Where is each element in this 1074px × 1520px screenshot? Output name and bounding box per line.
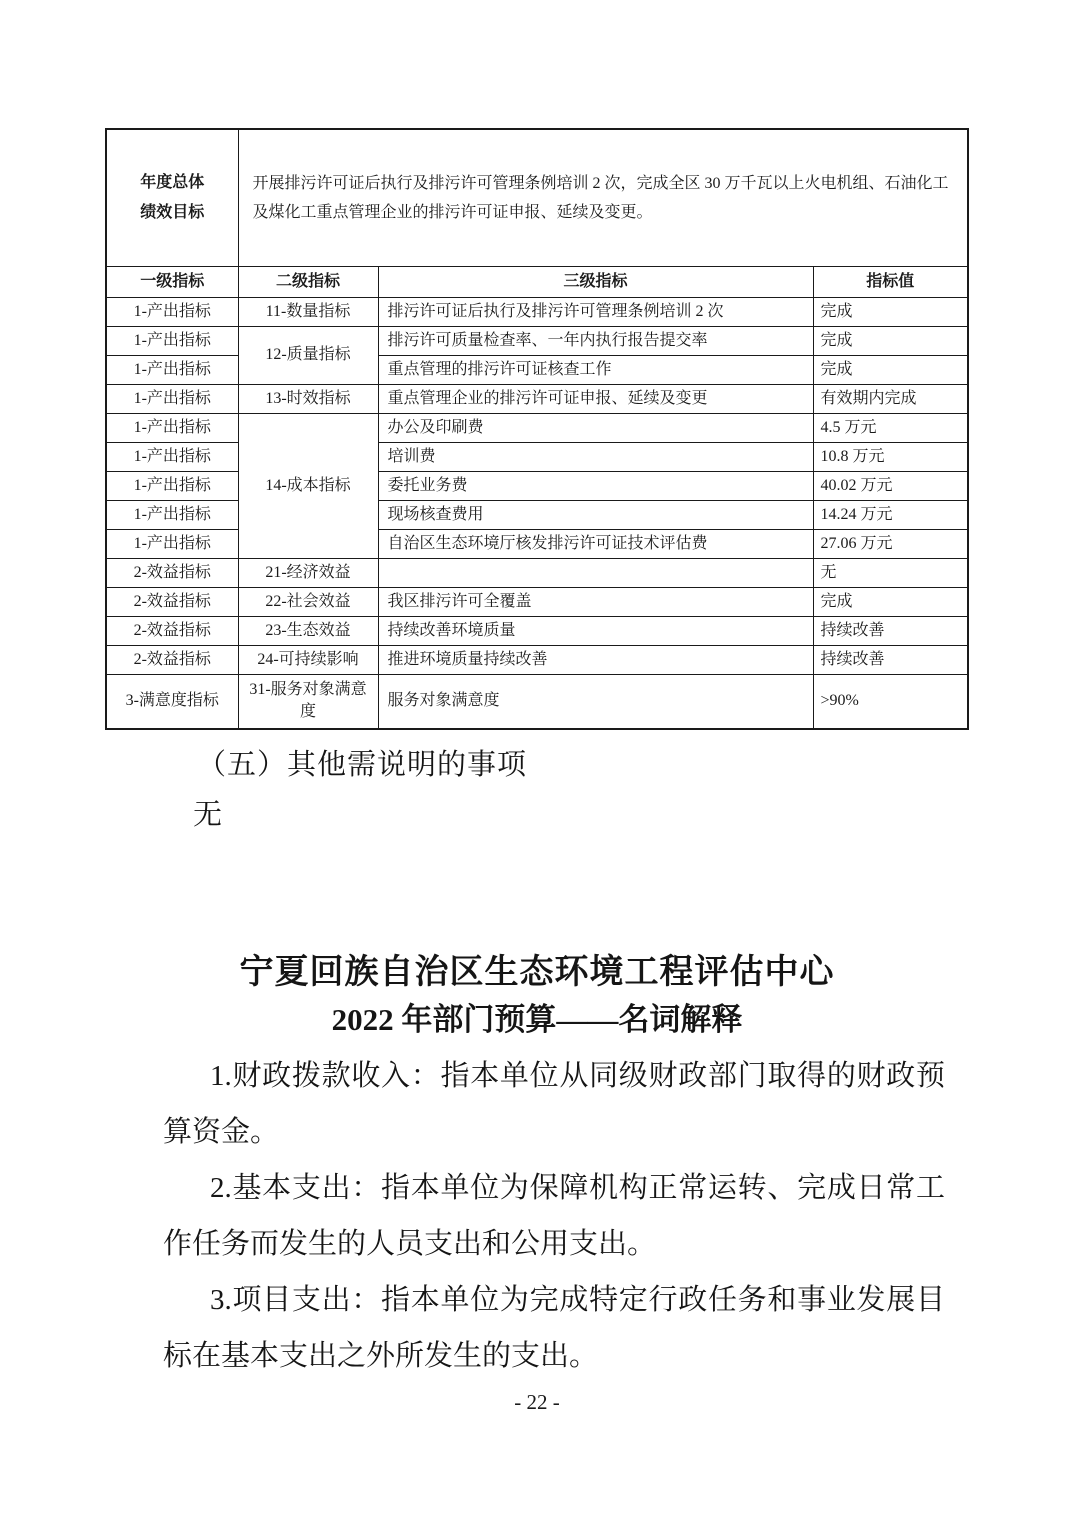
indicator-cell: 排污许可质量检查率、一年内执行报告提交率: [378, 326, 813, 355]
value-cell: 40.02 万元: [813, 471, 968, 500]
value-cell: 完成: [813, 355, 968, 384]
value-cell: 4.5 万元: [813, 413, 968, 442]
table-row: 1-产出指标 13-时效指标 重点管理企业的排污许可证申报、延续及变更 有效期内…: [106, 384, 968, 413]
value-cell: 有效期内完成: [813, 384, 968, 413]
indicator-cell: 现场核查费用: [378, 500, 813, 529]
level1-cell: 1-产出指标: [106, 413, 238, 442]
indicator-cell: 推进环境质量持续改善: [378, 645, 813, 674]
level1-cell: 1-产出指标: [106, 442, 238, 471]
indicator-cell: 持续改善环境质量: [378, 616, 813, 645]
level2-cell: 11-数量指标: [238, 297, 378, 326]
header-level3: 三级指标: [378, 266, 813, 297]
glossary-paragraph-2: 2.基本支出：指本单位为保障机构正常运转、完成日常工作任务而发生的人员支出和公用…: [163, 1160, 945, 1272]
table-row: 2-效益指标 24-可持续影响 推进环境质量持续改善 持续改善: [106, 645, 968, 674]
value-cell: 完成: [813, 297, 968, 326]
level1-cell: 2-效益指标: [106, 587, 238, 616]
table-row: 1-产出指标 自治区生态环境厅核发排污许可证技术评估费 27.06 万元: [106, 529, 968, 558]
indicator-cell: 委托业务费: [378, 471, 813, 500]
level2-cell: 13-时效指标: [238, 384, 378, 413]
indicator-cell: 服务对象满意度: [378, 674, 813, 729]
glossary-body: 1.财政拨款收入：指本单位从同级财政部门取得的财政预算资金。 2.基本支出：指本…: [163, 1048, 945, 1384]
level1-cell: 1-产出指标: [106, 297, 238, 326]
glossary-title-line1: 宁夏回族自治区生态环境工程评估中心: [0, 944, 1074, 993]
level2-cell: 24-可持续影响: [238, 645, 378, 674]
value-cell: 14.24 万元: [813, 500, 968, 529]
indicator-cell: 培训费: [378, 442, 813, 471]
indicator-cell: [378, 558, 813, 587]
table-header-row: 一级指标 二级指标 三级指标 指标值: [106, 266, 968, 297]
value-cell: 无: [813, 558, 968, 587]
glossary-title-line2: 2022 年部门预算——名词解释: [0, 994, 1074, 1039]
value-cell: >90%: [813, 674, 968, 729]
level1-cell: 2-效益指标: [106, 558, 238, 587]
table-row: 2-效益指标 22-社会效益 我区排污许可全覆盖 完成: [106, 587, 968, 616]
table-row: 2-效益指标 23-生态效益 持续改善环境质量 持续改善: [106, 616, 968, 645]
level1-cell: 2-效益指标: [106, 645, 238, 674]
annual-goal-label: 年度总体 绩效目标: [106, 129, 238, 266]
indicator-cell: 我区排污许可全覆盖: [378, 587, 813, 616]
header-level1: 一级指标: [106, 266, 238, 297]
level2-cell: 31-服务对象满意度: [238, 674, 378, 729]
level1-cell: 1-产出指标: [106, 384, 238, 413]
level2-cell: 22-社会效益: [238, 587, 378, 616]
annual-goal-label-line2: 绩效目标: [113, 198, 232, 228]
indicator-cell: 重点管理企业的排污许可证申报、延续及变更: [378, 384, 813, 413]
level2-cell: 21-经济效益: [238, 558, 378, 587]
table-row: 1-产出指标 重点管理的排污许可证核查工作 完成: [106, 355, 968, 384]
value-cell: 10.8 万元: [813, 442, 968, 471]
annual-goal-row: 年度总体 绩效目标 开展排污许可证后执行及排污许可管理条例培训 2 次，完成全区…: [106, 129, 968, 266]
level1-cell: 1-产出指标: [106, 471, 238, 500]
value-cell: 27.06 万元: [813, 529, 968, 558]
level2-cell: 12-质量指标: [238, 326, 378, 384]
annual-goal-description: 开展排污许可证后执行及排污许可管理条例培训 2 次，完成全区 30 万千瓦以上火…: [238, 129, 968, 266]
level2-cell: 14-成本指标: [238, 413, 378, 558]
table-row: 1-产出指标 12-质量指标 排污许可质量检查率、一年内执行报告提交率 完成: [106, 326, 968, 355]
performance-indicator-table: 年度总体 绩效目标 开展排污许可证后执行及排污许可管理条例培训 2 次，完成全区…: [105, 128, 969, 730]
table-row: 1-产出指标 委托业务费 40.02 万元: [106, 471, 968, 500]
level1-cell: 1-产出指标: [106, 529, 238, 558]
other-notes-content: 无: [193, 792, 222, 833]
level1-cell: 1-产出指标: [106, 500, 238, 529]
table-row: 2-效益指标 21-经济效益 无: [106, 558, 968, 587]
annual-goal-label-line1: 年度总体: [113, 168, 232, 198]
indicator-cell: 办公及印刷费: [378, 413, 813, 442]
value-cell: 完成: [813, 326, 968, 355]
value-cell: 持续改善: [813, 645, 968, 674]
indicator-cell: 重点管理的排污许可证核查工作: [378, 355, 813, 384]
value-cell: 持续改善: [813, 616, 968, 645]
document-page: 年度总体 绩效目标 开展排污许可证后执行及排污许可管理条例培训 2 次，完成全区…: [0, 0, 1074, 1520]
indicator-cell: 自治区生态环境厅核发排污许可证技术评估费: [378, 529, 813, 558]
level1-cell: 3-满意度指标: [106, 674, 238, 729]
table-row: 1-产出指标 11-数量指标 排污许可证后执行及排污许可管理条例培训 2 次 完…: [106, 297, 968, 326]
level1-cell: 1-产出指标: [106, 355, 238, 384]
value-cell: 完成: [813, 587, 968, 616]
table-row: 1-产出指标 培训费 10.8 万元: [106, 442, 968, 471]
table-row: 3-满意度指标 31-服务对象满意度 服务对象满意度 >90%: [106, 674, 968, 729]
table-row: 1-产出指标 现场核查费用 14.24 万元: [106, 500, 968, 529]
other-notes-heading: （五）其他需说明的事项: [197, 742, 527, 783]
level2-cell: 23-生态效益: [238, 616, 378, 645]
indicator-cell: 排污许可证后执行及排污许可管理条例培训 2 次: [378, 297, 813, 326]
table-row: 1-产出指标 14-成本指标 办公及印刷费 4.5 万元: [106, 413, 968, 442]
page-number: - 22 -: [0, 1390, 1074, 1415]
glossary-paragraph-1: 1.财政拨款收入：指本单位从同级财政部门取得的财政预算资金。: [163, 1048, 945, 1160]
level1-cell: 2-效益指标: [106, 616, 238, 645]
level1-cell: 1-产出指标: [106, 326, 238, 355]
glossary-paragraph-3: 3.项目支出：指本单位为完成特定行政任务和事业发展目标在基本支出之外所发生的支出…: [163, 1272, 945, 1384]
header-value: 指标值: [813, 266, 968, 297]
header-level2: 二级指标: [238, 266, 378, 297]
